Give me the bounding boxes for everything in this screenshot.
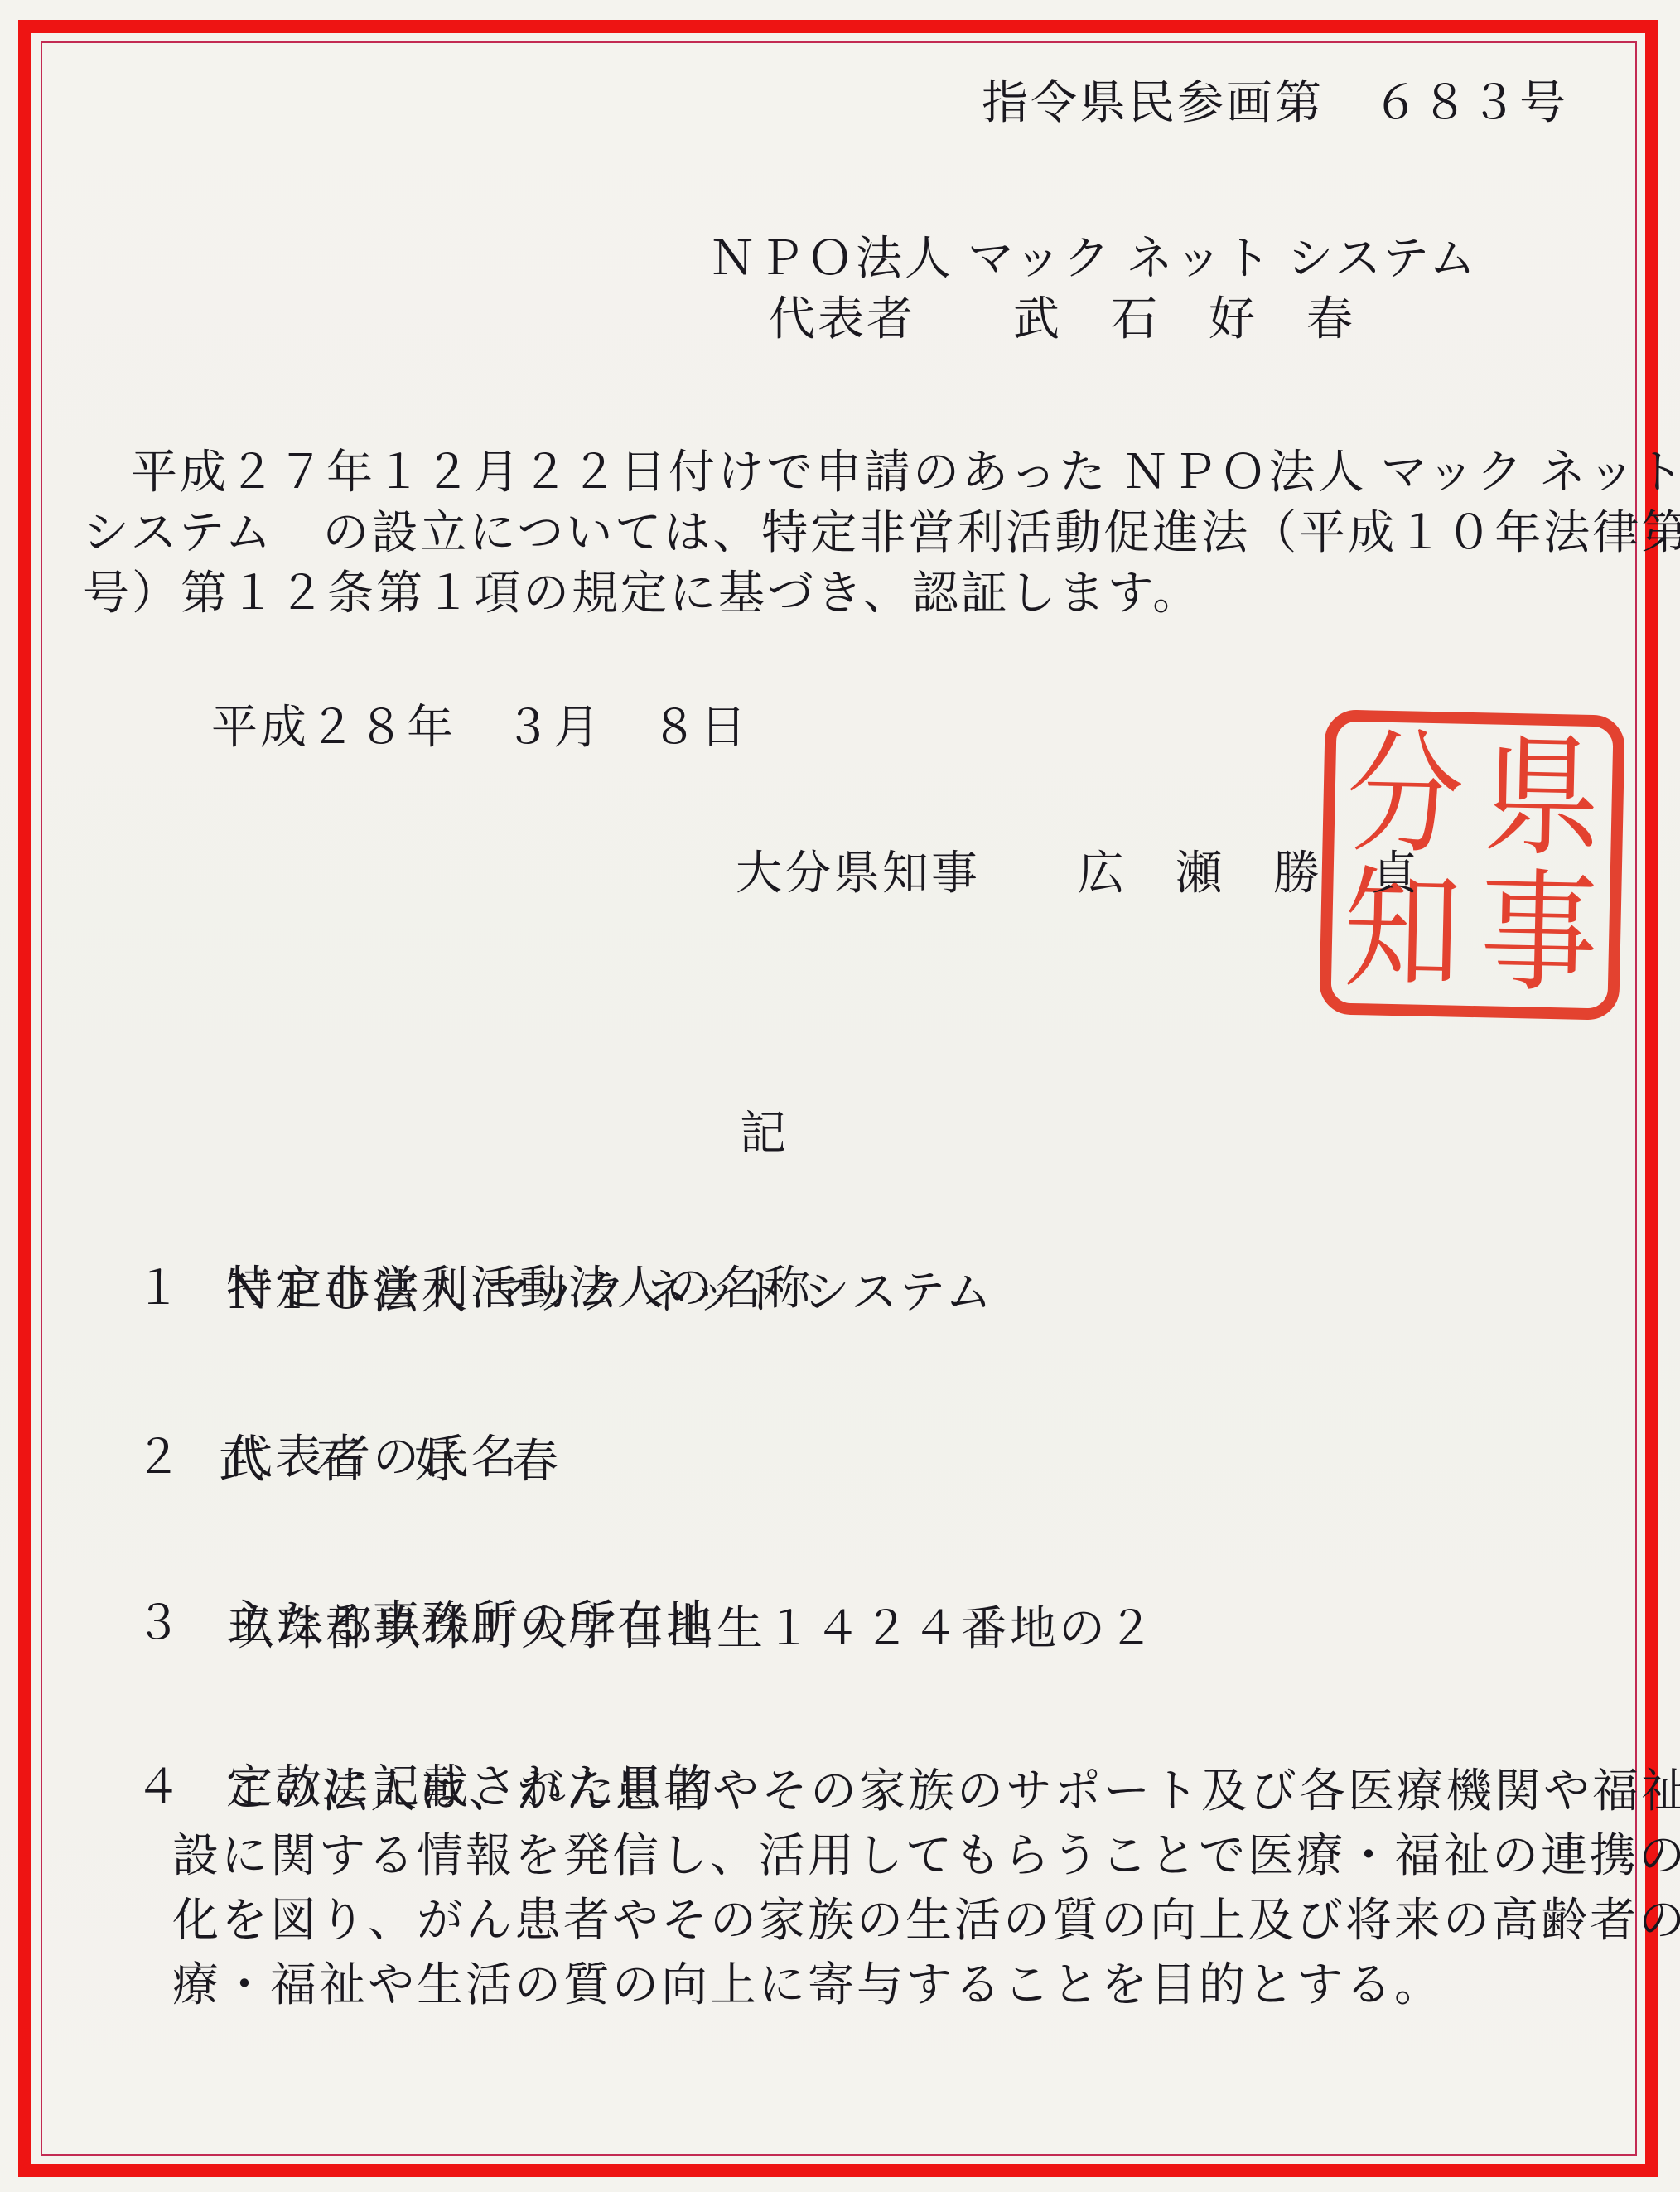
paragraph-line: 平成２７年１２月２２日付けで申請のあった ＮＰＯ法人 マック ネット bbox=[83, 446, 1611, 506]
addressee-organization: ＮＰＯ法人 マック ネット システム bbox=[709, 232, 1478, 287]
purpose-line: 化を図り、がん患者やその家族の生活の質の向上及び将来の高齢者の医 bbox=[172, 1894, 1605, 1958]
record-heading: 記 bbox=[740, 1107, 789, 1162]
item-number: １ bbox=[135, 1262, 226, 1317]
item-2-value: 武 石 好 春 bbox=[219, 1435, 561, 1490]
item-4-purpose-text: この法人は、がん患者やその家族のサポート及び各医療機関や福祉施 設に関する情報を… bbox=[172, 1765, 1605, 2023]
paragraph-line: 号）第１２条第１項の規定に基づき、認証します。 bbox=[83, 567, 1611, 627]
certificate-page: 指令県民参画第 ６８３号 ＮＰＯ法人 マック ネット システム 代表者 武 石 … bbox=[0, 0, 1680, 2192]
purpose-line: この法人は、がん患者やその家族のサポート及び各医療機関や福祉施 bbox=[172, 1765, 1605, 1829]
seal-character: 県 bbox=[1472, 721, 1612, 876]
purpose-line: 設に関する情報を発信し、活用してもらうことで医療・福祉の連携の強 bbox=[172, 1829, 1605, 1894]
governor-signature: 大分県知事 広 瀬 勝 貞 bbox=[736, 847, 1420, 902]
purpose-line: 療・福祉や生活の質の向上に寄与することを目的とする。 bbox=[172, 1958, 1605, 2023]
document-number: 指令県民参画第 ６８３号 bbox=[982, 76, 1568, 132]
issue-date: 平成２８年 ３月 ８日 bbox=[211, 701, 749, 756]
item-1-value: ＮＰＯ法人 マック ネット システム bbox=[225, 1266, 994, 1321]
certification-paragraph: 平成２７年１２月２２日付けで申請のあった ＮＰＯ法人 マック ネット システム … bbox=[83, 446, 1611, 627]
addressee-representative: 代表者 武 石 好 春 bbox=[769, 292, 1355, 348]
item-3-value: 玖珠郡玖珠町大字日出生１４２４番地の２ bbox=[228, 1602, 1156, 1658]
paragraph-line: システム の設立については、特定非営利活動促進法（平成１０年法律第７ bbox=[83, 506, 1611, 567]
seal-character: 事 bbox=[1469, 857, 1609, 1012]
item-number: ２ bbox=[135, 1431, 226, 1486]
item-number: ３ bbox=[135, 1596, 226, 1652]
